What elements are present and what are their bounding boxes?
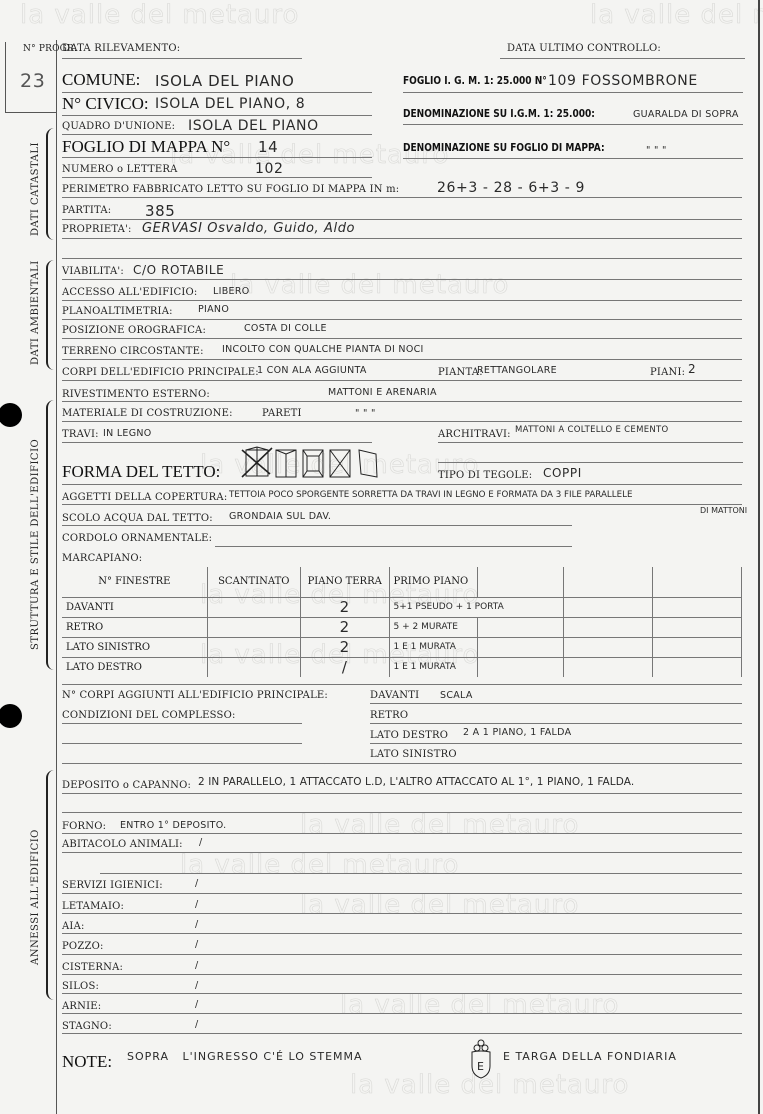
piani-label: PIANI: bbox=[650, 367, 685, 378]
rule bbox=[62, 933, 742, 934]
denominazione-mappa-value[interactable]: " " " bbox=[646, 145, 667, 156]
col-header: SCANTINATO bbox=[207, 567, 300, 597]
watermark: la valle del metauro bbox=[230, 270, 509, 300]
servizi-value[interactable]: / bbox=[195, 878, 199, 889]
cell-empty bbox=[653, 657, 742, 677]
rule bbox=[62, 793, 742, 794]
foglio-mappa-label: FOGLIO DI MAPPA N° bbox=[62, 137, 230, 157]
watermark: la valle del metauro bbox=[300, 890, 579, 920]
rule bbox=[370, 743, 742, 744]
proprieta-value[interactable]: GERVASI Osvaldo, Guido, Aldo bbox=[142, 221, 355, 236]
cordolo-label: CORDOLO ORNAMENTALE: bbox=[62, 533, 212, 544]
cisterna-label: CISTERNA: bbox=[62, 962, 123, 973]
punch-hole bbox=[0, 403, 22, 427]
rule bbox=[403, 92, 743, 93]
planoaltimetria-label: PLANOALTIMETRIA: bbox=[62, 306, 173, 317]
terreno-value[interactable]: INCOLTO CON QUALCHE PIANTA DI NOCI bbox=[222, 344, 424, 355]
scolo-label: SCOLO ACQUA DAL TETTO: bbox=[62, 513, 213, 524]
col-header: N° FINESTRE bbox=[62, 567, 207, 597]
col-header: PIANO TERRA bbox=[300, 567, 389, 597]
watermark: la valle del metauro bbox=[180, 850, 459, 880]
arnie-value[interactable]: / bbox=[195, 999, 199, 1010]
tegole-value[interactable]: COPPI bbox=[543, 466, 582, 480]
quadro-value[interactable]: ISOLA DEL PIANO bbox=[188, 118, 319, 134]
cell-primo-piano[interactable]: 5 + 2 MURATE bbox=[389, 617, 478, 637]
cell-empty bbox=[478, 657, 564, 677]
side-label-struttura: STRUTTURA E STILE DELL'EDIFICIO bbox=[30, 439, 41, 650]
condizioni-label: CONDIZIONI DEL COMPLESSO: bbox=[62, 710, 236, 721]
data-rilevamento-label: DATA RILEVAMENTO: bbox=[62, 43, 180, 54]
note-value[interactable]: SOPRA L'INGRESSO C'É LO STEMMA bbox=[127, 1050, 363, 1063]
cell-empty bbox=[653, 617, 742, 637]
side-label-catastali: DATI CATASTALI bbox=[30, 142, 41, 236]
cell-scantinato[interactable] bbox=[207, 617, 300, 637]
corpi-lato-destro-value[interactable]: 2 A 1 PIANO, 1 FALDA bbox=[463, 727, 571, 738]
pareti-label: PARETI bbox=[262, 408, 302, 419]
civico-label: N° CIVICO: bbox=[62, 94, 149, 114]
cell-scantinato[interactable] bbox=[207, 597, 300, 617]
corpi-retro-label: RETRO bbox=[370, 710, 408, 721]
brace-ambientali bbox=[46, 260, 54, 370]
cell-piano-terra[interactable]: 2 bbox=[300, 597, 389, 617]
cell-primo-piano[interactable]: 1 E 1 MURATA bbox=[389, 637, 478, 657]
deposito-label: DEPOSITO o CAPANNO: bbox=[62, 780, 191, 791]
rule bbox=[62, 763, 742, 764]
abitacolo-label: ABITACOLO ANIMALI: bbox=[62, 839, 183, 850]
stagno-label: STAGNO: bbox=[62, 1021, 112, 1032]
rule bbox=[62, 442, 372, 443]
rivestimento-value[interactable]: MATTONI E ARENARIA bbox=[328, 387, 437, 398]
comune-value[interactable]: ISOLA DEL PIANO bbox=[155, 72, 294, 90]
rule bbox=[62, 954, 742, 955]
cell-empty bbox=[564, 597, 653, 617]
aggetti-label: AGGETTI DELLA COPERTURA: bbox=[62, 492, 227, 503]
rule bbox=[62, 338, 742, 339]
data-rilevamento-field[interactable] bbox=[62, 58, 302, 59]
arnie-label: ARNIE: bbox=[62, 1001, 101, 1012]
brace-annessi bbox=[46, 770, 54, 1000]
cell-empty bbox=[564, 637, 653, 657]
row-label: LATO DESTRO bbox=[62, 657, 207, 677]
note-value-cont[interactable]: E TARGA DELLA FONDIARIA bbox=[503, 1050, 677, 1063]
table-row: DAVANTI 2 5+1 PSEUDO + 1 PORTA bbox=[62, 597, 742, 617]
cell-primo-piano[interactable]: 5+1 PSEUDO + 1 PORTA bbox=[389, 597, 564, 617]
rule bbox=[62, 197, 742, 198]
corpi-davanti-label: DAVANTI bbox=[370, 690, 419, 701]
proprieta-label: PROPRIETA': bbox=[62, 224, 132, 235]
rule bbox=[62, 484, 742, 485]
rule bbox=[100, 873, 742, 874]
corpi-lato-sinistro-label: LATO SINISTRO bbox=[370, 749, 457, 760]
rule bbox=[62, 913, 742, 914]
perimetro-label: PERIMETRO FABBRICATO LETTO SU FOGLIO DI … bbox=[62, 184, 399, 195]
corpi-aggiunti-label: N° CORPI AGGIUNTI ALL'EDIFICIO PRINCIPAL… bbox=[62, 690, 328, 701]
side-label-annessi: ANNESSI ALL'EDIFICIO bbox=[30, 829, 41, 965]
abitacolo-value[interactable]: / bbox=[199, 837, 203, 848]
rule bbox=[62, 833, 742, 834]
architravi-label: ARCHITRAVI: bbox=[438, 429, 511, 440]
col-header: PRIMO PIANO bbox=[389, 567, 478, 597]
posizione-label: POSIZIONE OROGRAFICA: bbox=[62, 325, 206, 336]
finestre-table: N° FINESTRE SCANTINATO PIANO TERRA PRIMO… bbox=[62, 567, 742, 677]
viabilita-value[interactable]: C/O ROTABILE bbox=[133, 263, 224, 277]
data-ultimo-controllo-field[interactable] bbox=[500, 58, 745, 59]
table-row: LATO SINISTRO 2 1 E 1 MURATA bbox=[62, 637, 742, 657]
scolo-value[interactable]: GRONDAIA SUL DAV. bbox=[229, 511, 331, 522]
corpi-retro-field[interactable] bbox=[370, 723, 742, 724]
denominazione-mappa-label: DENOMINAZIONE SU FOGLIO DI MAPPA: bbox=[403, 142, 605, 154]
table-row: RETRO 2 5 + 2 MURATE bbox=[62, 617, 742, 637]
civico-value[interactable]: ISOLA DEL PIANO, 8 bbox=[155, 96, 305, 112]
watermark: la valle del metauro bbox=[300, 810, 579, 840]
partita-value[interactable]: 385 bbox=[145, 202, 175, 220]
rivestimento-label: RIVESTIMENTO ESTERNO: bbox=[62, 389, 210, 400]
denominazione-igm-label: DENOMINAZIONE SU I.G.M. 1: 25.000: bbox=[403, 108, 595, 120]
table-header-row: N° FINESTRE SCANTINATO PIANO TERRA PRIMO… bbox=[62, 567, 742, 597]
accesso-label: ACCESSO ALL'EDIFICIO: bbox=[62, 287, 198, 298]
col-header bbox=[478, 567, 564, 597]
cell-piano-terra[interactable]: 2 bbox=[300, 637, 389, 657]
cell-primo-piano[interactable]: 1 E 1 MURATA bbox=[389, 657, 478, 677]
tegole-label: TIPO DI TEGOLE: bbox=[438, 470, 532, 481]
cell-piano-terra[interactable]: / bbox=[300, 657, 389, 677]
punch-hole bbox=[0, 704, 22, 728]
forma-tetto-label: FORMA DEL TETTO: bbox=[62, 462, 220, 482]
numero-label: NUMERO o LETTERA bbox=[62, 164, 178, 175]
svg-text:E: E bbox=[477, 1060, 484, 1073]
data-ultimo-controllo-label: DATA ULTIMO CONTROLLO: bbox=[507, 43, 661, 54]
rule bbox=[62, 684, 742, 685]
cordolo-field[interactable] bbox=[215, 546, 572, 547]
rule bbox=[62, 525, 572, 526]
rule bbox=[62, 401, 742, 402]
rule bbox=[62, 380, 742, 381]
foglio-igm-value[interactable]: 109 FOSSOMBRONE bbox=[548, 73, 698, 89]
rule bbox=[438, 462, 743, 463]
watermark: la valle del metauro bbox=[340, 990, 619, 1020]
watermark: la valle del metauro bbox=[590, 0, 763, 30]
rule bbox=[62, 812, 742, 813]
silos-label: SILOS: bbox=[62, 981, 99, 992]
posizione-value[interactable]: COSTA DI COLLE bbox=[244, 323, 327, 334]
cell-empty bbox=[653, 597, 742, 617]
rule bbox=[62, 258, 742, 259]
rule bbox=[62, 157, 372, 158]
aggetti-value-cont[interactable]: DI MATTONI bbox=[700, 506, 747, 515]
rule bbox=[62, 852, 742, 853]
margin-rule bbox=[56, 40, 57, 1114]
travi-value[interactable]: IN LEGNO bbox=[103, 428, 152, 439]
rule bbox=[62, 279, 742, 280]
watermark: la valle del metauro bbox=[20, 0, 299, 30]
rule bbox=[370, 703, 742, 704]
corpi-value[interactable]: 1 CON ALA AGGIUNTA bbox=[257, 365, 367, 376]
materiale-label: MATERIALE DI COSTRUZIONE: bbox=[62, 408, 233, 419]
col-header bbox=[564, 567, 653, 597]
pianta-value[interactable]: RETTANGOLARE bbox=[477, 365, 557, 376]
rule bbox=[62, 993, 742, 994]
partita-label: PARTITA: bbox=[62, 205, 111, 216]
progr-label: N° PROGR. bbox=[23, 44, 53, 55]
deposito-value[interactable]: 2 IN PARALLELO, 1 ATTACCATO L.D, L'ALTRO… bbox=[198, 776, 634, 788]
rule bbox=[62, 743, 302, 744]
planoaltimetria-value[interactable]: PIANO bbox=[198, 304, 229, 315]
piani-value[interactable]: 2 bbox=[688, 362, 696, 376]
architravi-value[interactable]: MATTONI A COLTELLO E CEMENTO bbox=[515, 425, 669, 435]
pozzo-value[interactable]: / bbox=[195, 939, 199, 950]
rule bbox=[62, 1013, 742, 1014]
cell-empty bbox=[478, 637, 564, 657]
servizi-label: SERVIZI IGIENICI: bbox=[62, 880, 163, 891]
row-label: DAVANTI bbox=[62, 597, 207, 617]
rule bbox=[62, 359, 742, 360]
rule bbox=[403, 158, 743, 159]
cell-empty bbox=[478, 617, 564, 637]
rule bbox=[62, 300, 742, 301]
brace-catastali bbox=[46, 128, 54, 240]
page-edge bbox=[758, 0, 760, 1114]
silos-value[interactable]: / bbox=[195, 980, 199, 991]
rule bbox=[403, 124, 743, 125]
marcapiano-label: MARCAPIANO: bbox=[62, 553, 142, 564]
rule bbox=[62, 504, 742, 505]
rule bbox=[62, 134, 372, 135]
corpi-lato-destro-label: LATO DESTRO bbox=[370, 730, 448, 741]
corpi-label: CORPI DELL'EDIFICIO PRINCIPALE: bbox=[62, 367, 259, 378]
pozzo-label: POZZO: bbox=[62, 941, 104, 952]
note-label: NOTE: bbox=[62, 1052, 112, 1072]
cell-empty bbox=[564, 657, 653, 677]
col-header bbox=[653, 567, 742, 597]
rule bbox=[62, 893, 742, 894]
comune-label: COMUNE: bbox=[62, 70, 140, 90]
cell-scantinato[interactable] bbox=[207, 637, 300, 657]
letamaio-value[interactable]: / bbox=[195, 899, 199, 910]
perimetro-value[interactable]: 26+3 - 28 - 6+3 - 9 bbox=[437, 180, 585, 196]
rule bbox=[62, 238, 742, 239]
rule bbox=[62, 319, 742, 320]
accesso-value[interactable]: LIBERO bbox=[213, 286, 250, 297]
foglio-mappa-value[interactable]: 14 bbox=[258, 138, 278, 156]
roof-shape-icons[interactable] bbox=[240, 444, 380, 480]
rule bbox=[438, 442, 743, 443]
pareti-value[interactable]: " " " bbox=[355, 408, 376, 419]
brace-struttura bbox=[46, 400, 54, 670]
row-label: RETRO bbox=[62, 617, 207, 637]
cell-scantinato[interactable] bbox=[207, 657, 300, 677]
rule bbox=[62, 92, 372, 93]
rule bbox=[62, 723, 302, 724]
terreno-label: TERRENO CIRCOSTANTE: bbox=[62, 346, 204, 357]
viabilita-label: VIABILITA': bbox=[62, 266, 124, 277]
coat-of-arms-emblem-icon: E bbox=[468, 1038, 494, 1080]
rule bbox=[62, 219, 742, 220]
corpi-davanti-value[interactable]: SCALA bbox=[440, 690, 473, 701]
cisterna-value[interactable]: / bbox=[195, 960, 199, 971]
table-row: LATO DESTRO / 1 E 1 MURATA bbox=[62, 657, 742, 677]
forno-label: FORNO: bbox=[62, 821, 106, 832]
progr-box-bottom bbox=[5, 112, 56, 113]
rule bbox=[62, 1033, 742, 1034]
foglio-igm-label: FOGLIO I. G. M. 1: 25.000 N° bbox=[403, 75, 547, 87]
progr-box-left bbox=[5, 42, 6, 112]
rule bbox=[62, 974, 742, 975]
row-label: LATO SINISTRO bbox=[62, 637, 207, 657]
denominazione-igm-value[interactable]: GUARALDA DI SOPRA bbox=[633, 109, 739, 120]
rule bbox=[62, 115, 372, 116]
stagno-value[interactable]: / bbox=[195, 1019, 199, 1030]
progr-value: 23 bbox=[20, 70, 45, 92]
aia-value[interactable]: / bbox=[195, 919, 199, 930]
aggetti-value[interactable]: TETTOIA POCO SPORGENTE SORRETTA DA TRAVI… bbox=[229, 490, 632, 500]
cell-empty bbox=[564, 617, 653, 637]
forno-value[interactable]: ENTRO 1° DEPOSITO. bbox=[120, 820, 227, 831]
travi-label: TRAVI: bbox=[62, 429, 99, 440]
cell-piano-terra[interactable]: 2 bbox=[300, 617, 389, 637]
rule bbox=[62, 177, 372, 178]
rule bbox=[62, 421, 742, 422]
numero-value[interactable]: 102 bbox=[255, 161, 284, 177]
cell-empty bbox=[653, 637, 742, 657]
side-label-ambientali: DATI AMBIENTALI bbox=[30, 260, 41, 365]
aia-label: AIA: bbox=[62, 921, 85, 932]
quadro-label: QUADRO D'UNIONE: bbox=[62, 121, 175, 132]
letamaio-label: LETAMAIO: bbox=[62, 901, 124, 912]
